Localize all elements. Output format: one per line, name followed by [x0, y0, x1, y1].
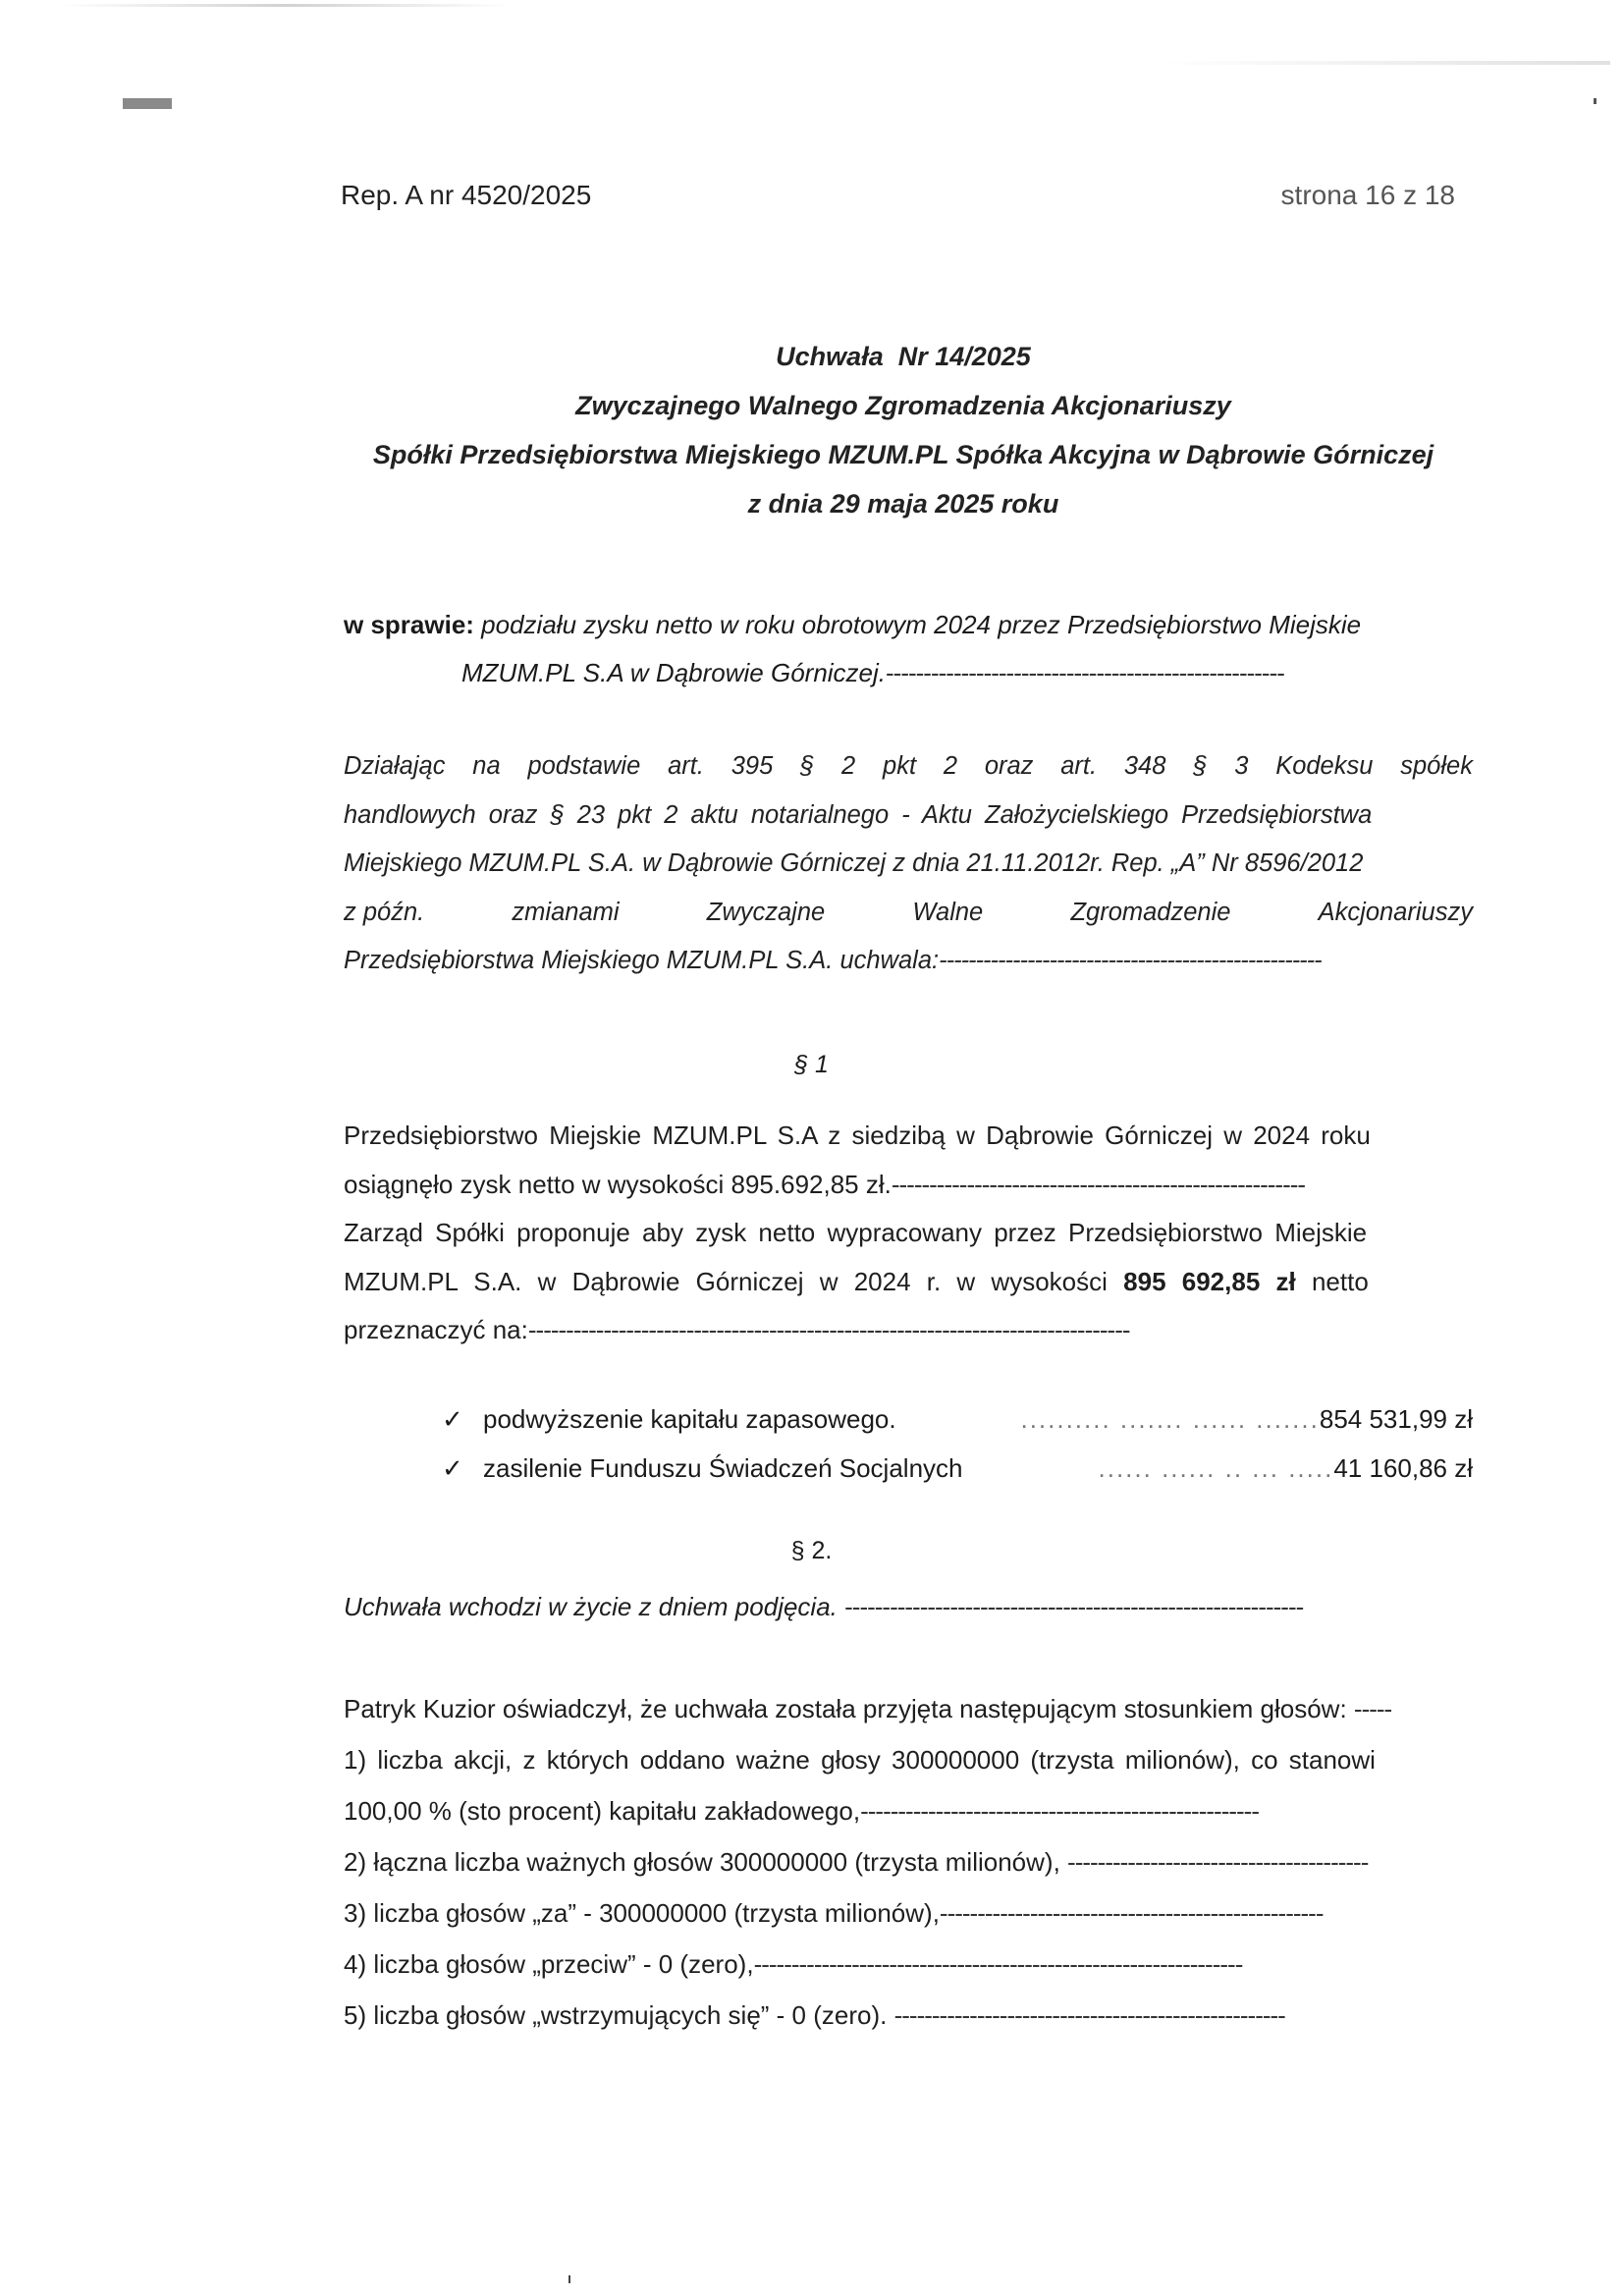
preamble-line2: handlowych oraz § 23 pkt 2 aktu notarial…: [344, 792, 1473, 841]
allocation-label: podwyższenie kapitału zapasowego.: [483, 1394, 896, 1444]
voting-item-2: 2) łączna liczba ważnych głosów 30000000…: [344, 1847, 1060, 1877]
word: Działając: [344, 742, 445, 792]
proposal-line3: przeznaczyć na:: [344, 1315, 528, 1344]
word: podstawie: [527, 742, 640, 792]
filler-dashes: ----------------------------------------…: [754, 1949, 1243, 1979]
scan-artifact-right: [1159, 61, 1610, 65]
voting-intro: Patryk Kuzior oświadczył, że uchwała zos…: [344, 1694, 1347, 1723]
checkmark-icon: ✓: [442, 1444, 483, 1493]
word: art.: [668, 742, 704, 792]
word: 2: [841, 742, 855, 792]
resolution-subject: w sprawie: podziału zysku netto w roku o…: [344, 601, 1473, 697]
preamble-line1: Działającnapodstawieart.395§2pkt2orazart…: [344, 742, 1473, 792]
page-number: strona 16 z 18: [1281, 180, 1455, 211]
voting-item-1-line2: 100,00 % (sto procent) kapitału zakładow…: [344, 1796, 860, 1826]
proposal-line1: Zarząd Spółki proponuje aby zysk netto w…: [344, 1209, 1473, 1258]
word: §: [800, 742, 814, 792]
allocation-item: ✓ zasilenie Funduszu Świadczeń Socjalnyc…: [442, 1444, 1473, 1493]
word: §: [1193, 742, 1207, 792]
company-name: Spółki Przedsiębiorstwa Miejskiego MZUM.…: [324, 430, 1483, 479]
profit-amount: 895 692,85 zł: [1123, 1267, 1296, 1296]
scan-artifact-mark: [123, 98, 172, 109]
word: na: [472, 742, 500, 792]
scan-artifact-dot: [1594, 98, 1596, 104]
assembly-name: Zwyczajnego Walnego Zgromadzenia Akcjona…: [324, 381, 1483, 430]
filler-dashes: ----------------------------------------…: [894, 2000, 1285, 2030]
word: zmianami: [512, 889, 619, 938]
proposal-netto: netto: [1312, 1267, 1369, 1296]
filler-dashes: -----: [1354, 1694, 1391, 1723]
filler-dashes: ----------------------------------------: [1067, 1847, 1368, 1877]
filler-dashes: ----------------------------------------…: [940, 1898, 1324, 1928]
word: Zwyczajne: [707, 889, 825, 938]
resolution-date: z dnia 29 maja 2025 roku: [324, 479, 1483, 528]
word: 2: [944, 742, 957, 792]
filler-dashes: ----------------------------------------…: [860, 1796, 1259, 1826]
effective-clause: Uchwała wchodzi w życie z dniem podjęcia…: [344, 1592, 838, 1621]
preamble-line4: z późn.zmianamiZwyczajneWalneZgromadzeni…: [344, 889, 1473, 938]
subject-text-line1: podziału zysku netto w roku obrotowym 20…: [481, 610, 1361, 639]
scan-artifact-top: [59, 4, 511, 7]
allocation-item: ✓ podwyższenie kapitału zapasowego. ....…: [442, 1394, 1473, 1444]
filler-dashes: ----------------------------------------…: [844, 1592, 1303, 1621]
allocation-list: ✓ podwyższenie kapitału zapasowego. ....…: [442, 1394, 1473, 1493]
repertory-number: Rep. A nr 4520/2025: [341, 180, 591, 211]
preamble: Działającnapodstawieart.395§2pkt2orazart…: [344, 742, 1473, 986]
filler-dashes: ----------------------------------------…: [528, 1315, 1130, 1344]
word: z późn.: [344, 889, 424, 938]
allocation-amount: 854 531,99 zł: [1320, 1394, 1473, 1444]
word: Akcjonariuszy: [1319, 889, 1473, 938]
voting-results: Patryk Kuzior oświadczył, że uchwała zos…: [344, 1683, 1473, 2041]
word: 348: [1124, 742, 1166, 792]
word: spółek: [1400, 742, 1473, 792]
leader-dots: ...... ...... .. ... .....: [963, 1444, 1334, 1493]
word: Kodeksu: [1275, 742, 1373, 792]
subject-label: w sprawie:: [344, 610, 474, 639]
word: Walne: [912, 889, 983, 938]
section1-paragraph1: Przedsiębiorstwo Miejskie MZUM.PL S.A z …: [344, 1112, 1473, 1355]
word: 395: [731, 742, 774, 792]
voting-item-1-line1: 1) liczba akcji, z których oddano ważne …: [344, 1734, 1473, 1785]
profit-line2: osiągnęło zysk netto w wysokości 895.692…: [344, 1170, 892, 1199]
filler-dashes: ----------------------------------------…: [892, 1170, 1305, 1199]
leader-dots: .......... ....... ...... .......: [896, 1394, 1320, 1444]
resolution-title: Uchwała Nr 14/2025 Zwyczajnego Walnego Z…: [324, 332, 1483, 528]
paragraph-sign-1: § 1: [0, 1051, 1623, 1079]
profit-line1: Przedsiębiorstwo Miejskie MZUM.PL S.A z …: [344, 1112, 1473, 1161]
word: Zgromadzenie: [1070, 889, 1230, 938]
word: pkt: [883, 742, 916, 792]
paragraph-sign-2: § 2.: [0, 1537, 1623, 1565]
voting-item-5: 5) liczba głosów „wstrzymujących się” - …: [344, 2000, 887, 2030]
filler-dashes: ----------------------------------------…: [939, 947, 1322, 974]
word: 3: [1234, 742, 1248, 792]
checkmark-icon: ✓: [442, 1394, 483, 1444]
scan-artifact-bottom: [568, 2275, 570, 2283]
section2-text: Uchwała wchodzi w życie z dniem podjęcia…: [344, 1583, 1473, 1632]
word: oraz: [985, 742, 1034, 792]
allocation-amount: 41 160,86 zł: [1333, 1444, 1473, 1493]
filler-dashes: ----------------------------------------…: [886, 658, 1284, 687]
subject-text-line2: MZUM.PL S.A w Dąbrowie Górniczej.: [461, 658, 886, 687]
preamble-line5: Przedsiębiorstwa Miejskiego MZUM.PL S.A.…: [344, 947, 939, 974]
proposal-line2: MZUM.PL S.A. w Dąbrowie Górniczej w 2024…: [344, 1267, 1108, 1296]
resolution-number: Uchwała Nr 14/2025: [324, 332, 1483, 381]
allocation-label: zasilenie Funduszu Świadczeń Socjalnych: [483, 1444, 963, 1493]
voting-item-3: 3) liczba głosów „za” - 300000000 (trzys…: [344, 1898, 940, 1928]
preamble-line3: Miejskiego MZUM.PL S.A. w Dąbrowie Górni…: [344, 840, 1473, 889]
word: art.: [1060, 742, 1097, 792]
voting-item-4: 4) liczba głosów „przeciw” - 0 (zero),: [344, 1949, 754, 1979]
